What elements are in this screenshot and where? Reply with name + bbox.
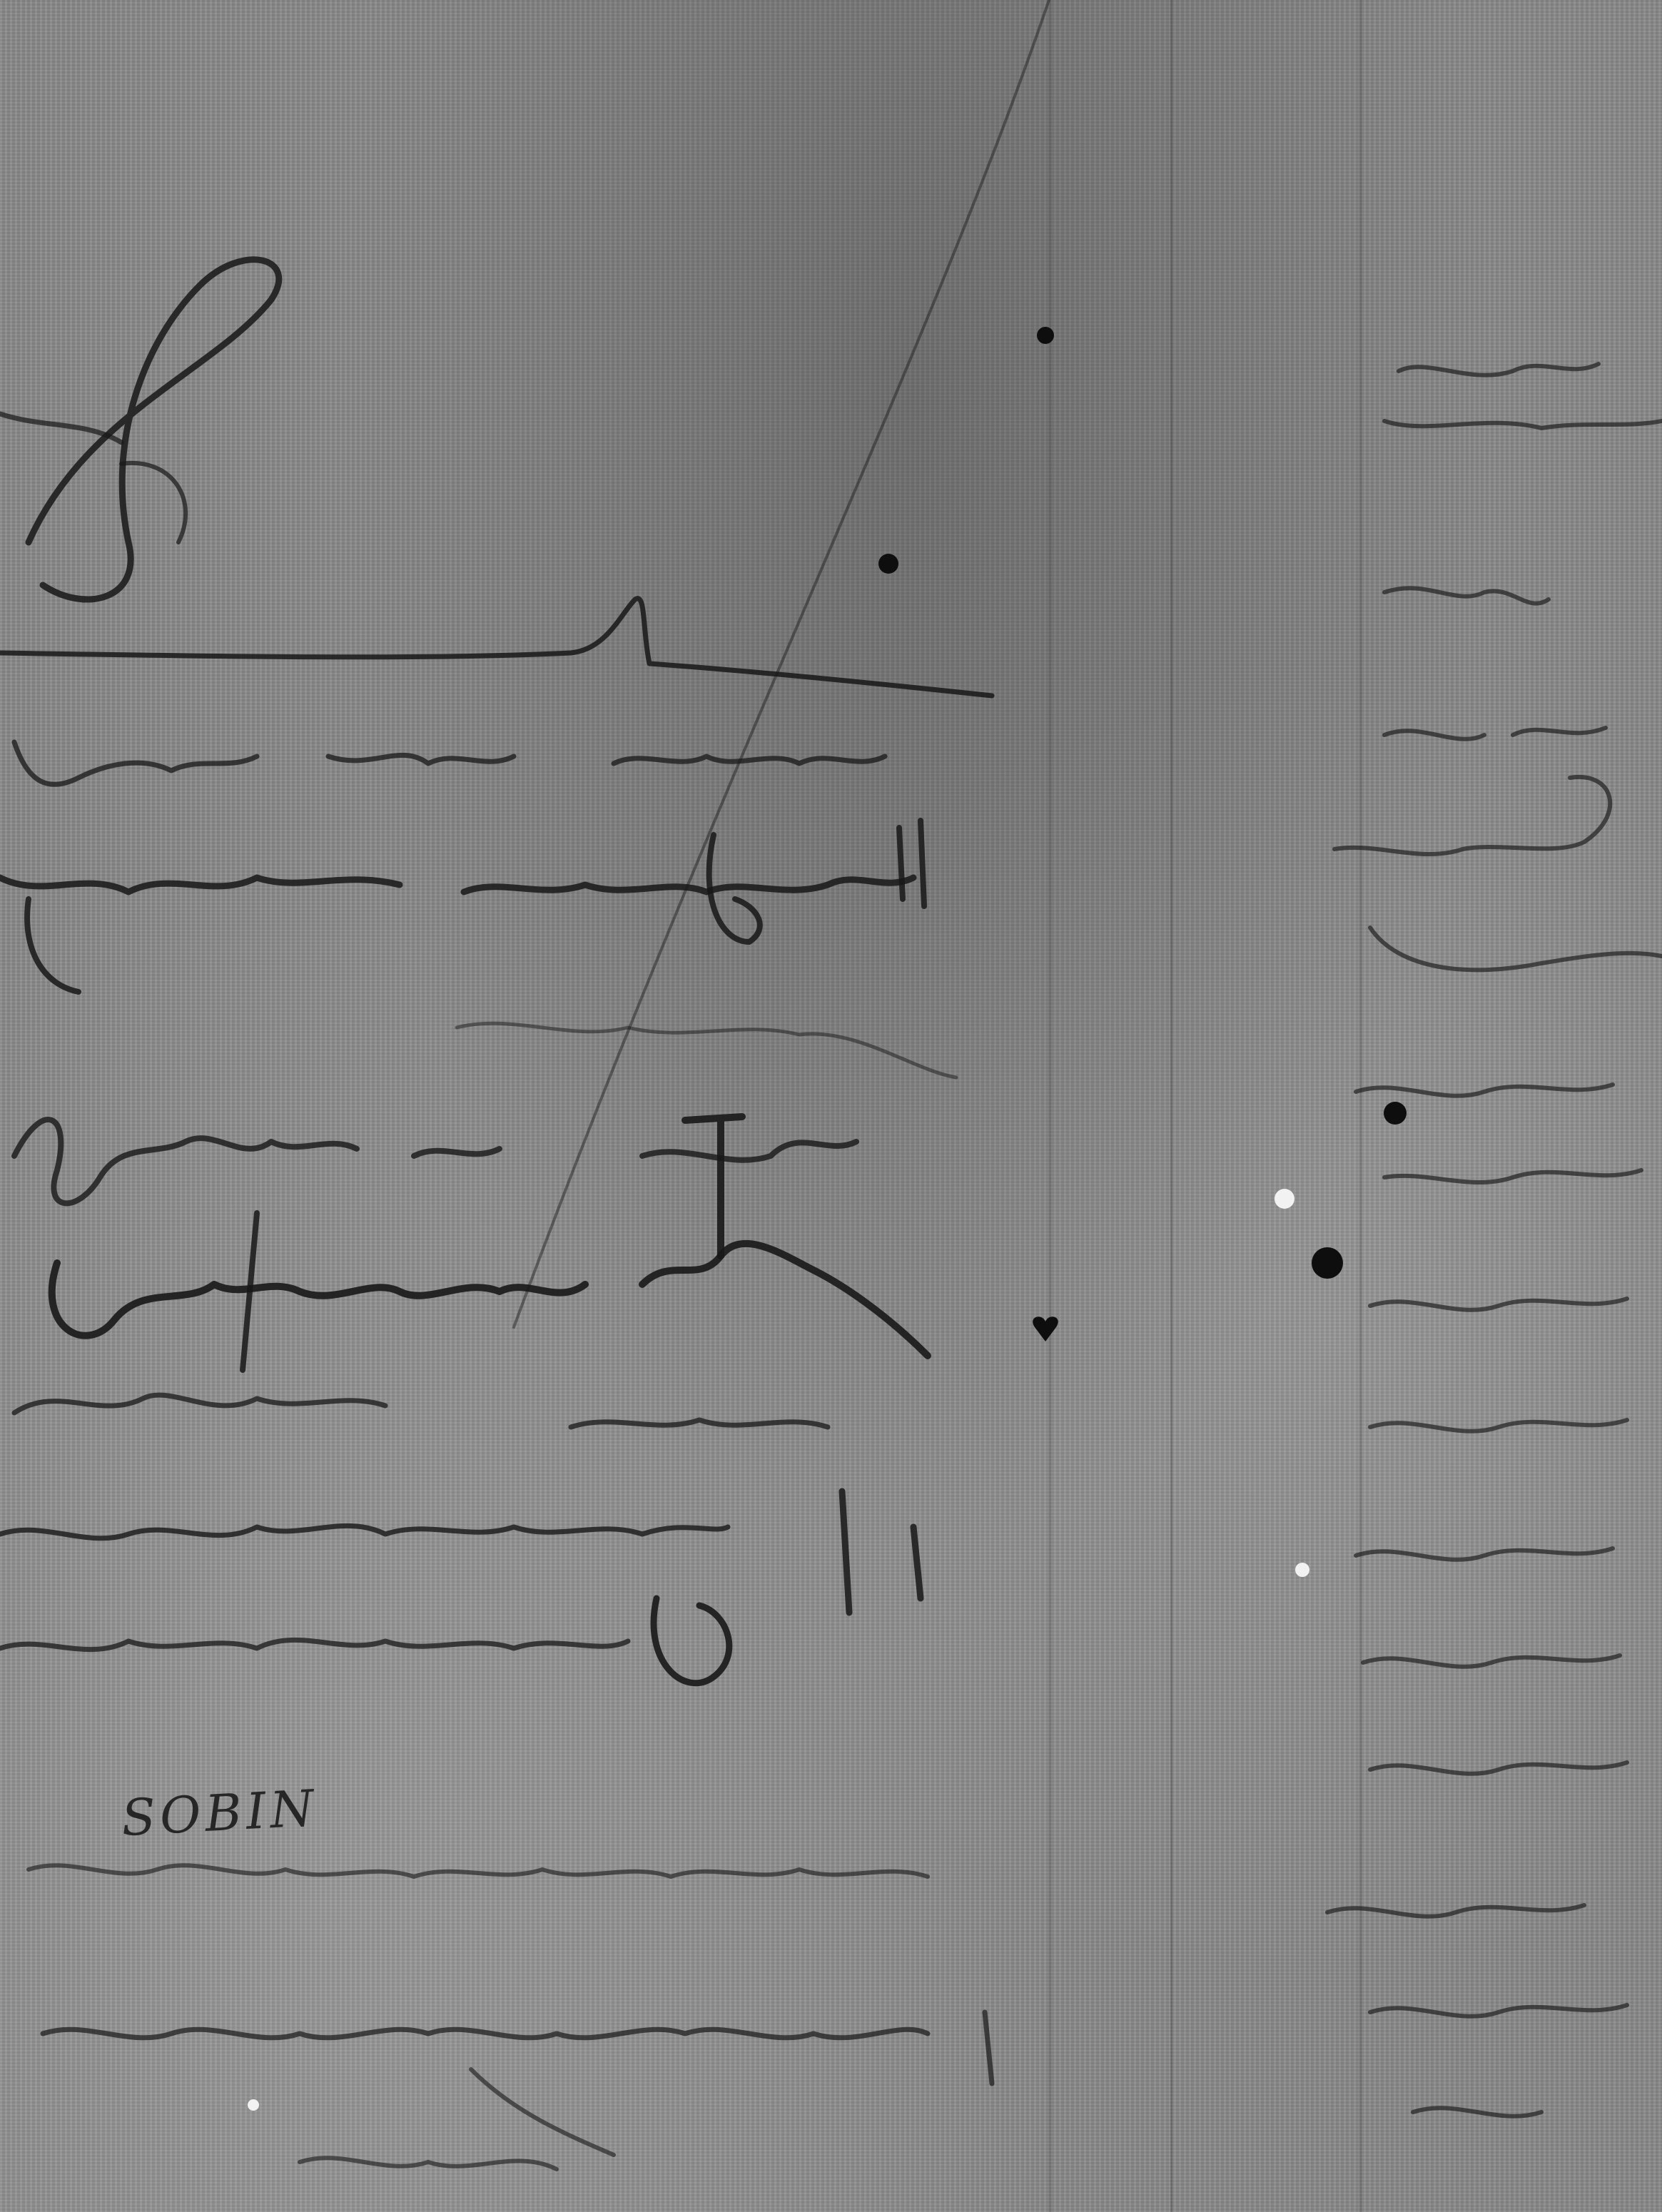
handwriting-strokes bbox=[0, 0, 1662, 2212]
manuscript-page: SOBIN bbox=[0, 0, 1662, 2212]
legible-fragment: SOBIN bbox=[120, 1779, 320, 1847]
